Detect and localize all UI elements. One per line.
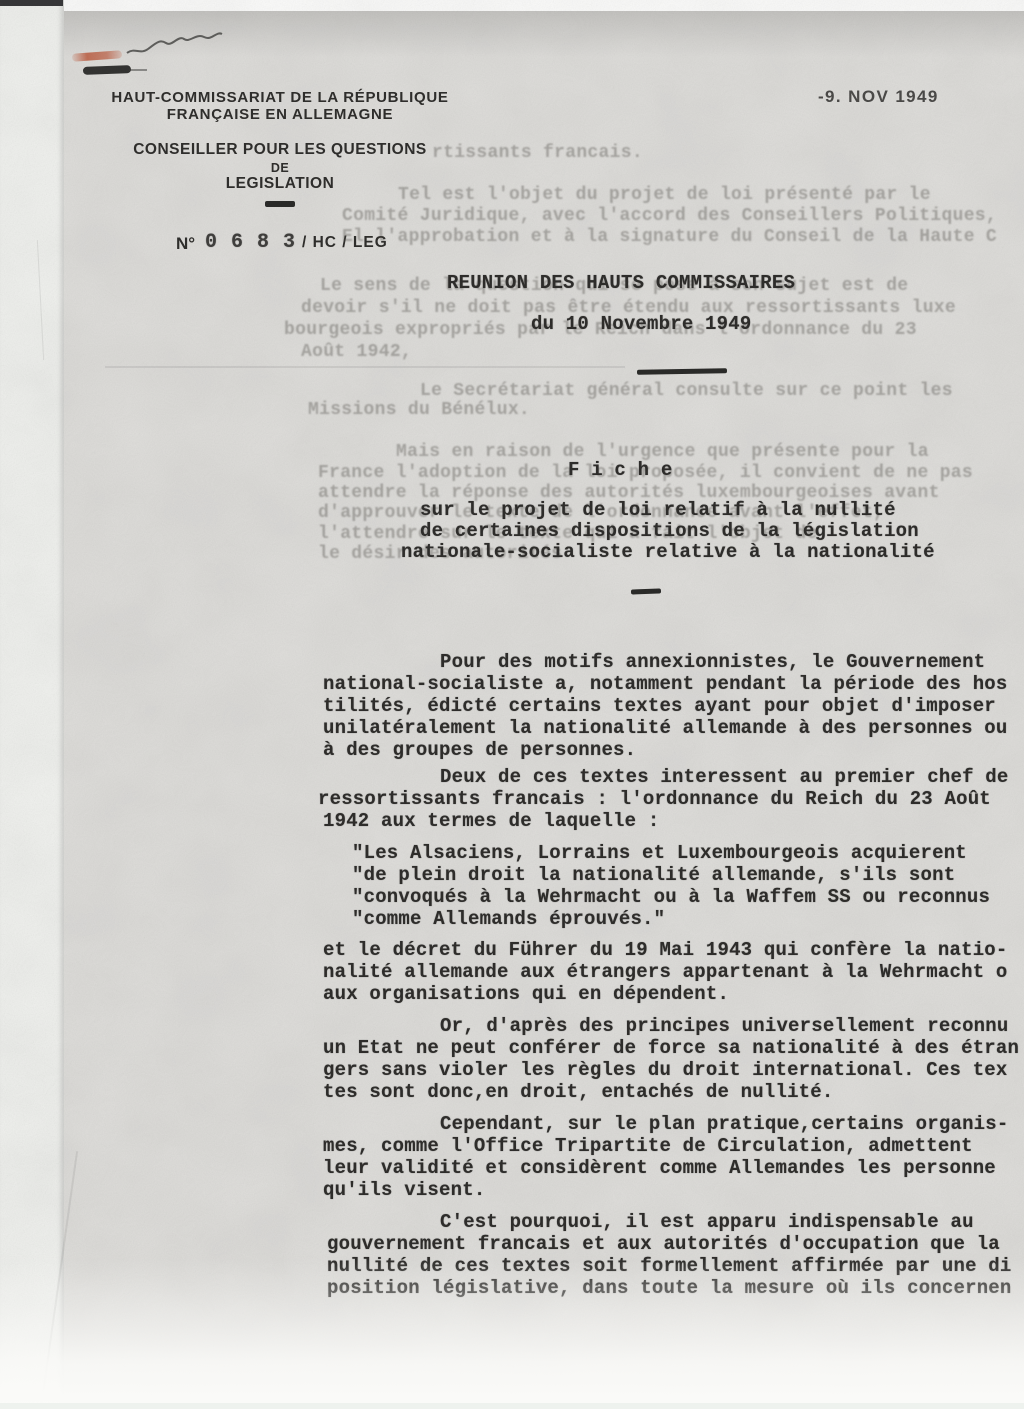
pen-scribble-mark [125, 26, 225, 62]
quote-line: "Les Alsaciens, Lorrains et Luxembourgeo… [352, 842, 967, 864]
body-line: Or, d'après des principes universellemen… [440, 1015, 1009, 1037]
body-line: et le décret du Führer du 19 Mai 1943 qu… [323, 939, 1008, 961]
bleedthrough-line: Août 1942, [301, 342, 412, 362]
document-title-line1: REUNION DES HAUTS COMMISSAIRES [447, 272, 795, 294]
scan-top-dark-strip [0, 0, 63, 6]
section-divider-dash [631, 588, 661, 594]
office-title-line2: DE [128, 161, 432, 175]
date-stamp: -9. NOV 1949 [818, 87, 939, 107]
body-line: Deux de ces textes interessent au premie… [440, 766, 1009, 788]
black-bar-tail-mark [129, 69, 147, 71]
ref-number-stamp: 0 6 8 3 [205, 231, 296, 254]
quote-line: "comme Allemands éprouvés." [352, 908, 665, 930]
body-line: C'est pourquoi, il est apparu indispensa… [440, 1211, 974, 1233]
body-line: 1942 aux termes de laquelle : [323, 810, 659, 832]
ref-prefix: N° [176, 234, 195, 254]
letterhead-line1: HAUT-COMMISSARIAT DE LA RÉPUBLIQUE [108, 89, 452, 106]
body-line: à des groupes de personnes. [323, 739, 636, 761]
scan-top-edge [64, 0, 1024, 11]
bleedthrough-line: Missions du Bénélux. [308, 400, 530, 420]
bleedthrough-line: Comité Juridique, avec l'accord des Cons… [342, 206, 997, 226]
body-line: qu'ils visent. [323, 1179, 485, 1201]
body-line: mes, comme l'Office Tripartite de Circul… [323, 1135, 973, 1157]
body-line: ressortissants francais : l'ordonnance d… [318, 788, 991, 810]
bleedthrough-line: El l'approbation et à la signature du Co… [342, 227, 997, 247]
body-line: Cependant, sur le plan pratique,certains… [440, 1113, 1009, 1135]
quote-line: "convoqués à la Wehrmacht ou à la Waffem… [352, 886, 990, 908]
body-line: tilités, édicté certains textes ayant po… [323, 695, 996, 717]
body-line: leur validité et considèrent comme Allem… [323, 1157, 996, 1179]
body-line: tes sont donc,en droit, entachés de null… [323, 1081, 833, 1103]
document-title-line2: du 10 Novembre 1949 [531, 313, 751, 335]
office-title-line3: LEGISLATION [128, 175, 432, 193]
black-bar-mark [83, 65, 131, 75]
letterhead-line2: FRANÇAISE EN ALLEMAGNE [108, 106, 452, 123]
bleedthrough-line: Le Secrétariat général consulte sur ce p… [420, 381, 953, 401]
body-line: Pour des motifs annexionnistes, le Gouve… [440, 651, 985, 673]
scanned-document-page: -9. NOV 1949 HAUT-COMMISSARIAT DE LA RÉP… [0, 0, 1024, 1409]
quote-line: "de plein droit la nationalité allemande… [352, 864, 955, 886]
fiche-subtitle-line2: de certaines dispositions de la législat… [420, 520, 919, 542]
letterhead-underline-bar [265, 201, 295, 207]
body-line: un Etat ne peut conférer de force sa nat… [323, 1037, 1019, 1059]
fiche-heading: F i c h e [568, 459, 672, 481]
body-line: aux organisations qui en dépendent. [323, 983, 729, 1005]
fiche-subtitle-line1: sur le projet de loi relatif à la nullit… [420, 499, 896, 521]
bleedthrough-line: rtissants francais. [432, 143, 643, 163]
fiche-subtitle-line3: nationale-socialiste relative à la natio… [401, 541, 935, 563]
scan-left-margin [0, 0, 64, 1409]
body-line: national-socialiste a, notamment pendant… [323, 673, 1008, 695]
ghost-rule-line [105, 366, 625, 368]
scan-bottom-edge [0, 1403, 1024, 1409]
body-line: gouvernement francais et aux autorités d… [327, 1233, 1000, 1255]
office-title-line1: CONSEILLER POUR LES QUESTIONS [128, 141, 432, 159]
scan-bottom-fade [0, 1259, 1024, 1409]
body-line: unilatéralement la nationalité allemande… [323, 717, 1008, 739]
body-line: gers sans violer les règles du droit int… [323, 1059, 1008, 1081]
bleedthrough-line: Tel est l'objet du projet de loi présent… [398, 185, 931, 205]
body-line: nalité allemande aux étrangers appartena… [323, 961, 1008, 983]
